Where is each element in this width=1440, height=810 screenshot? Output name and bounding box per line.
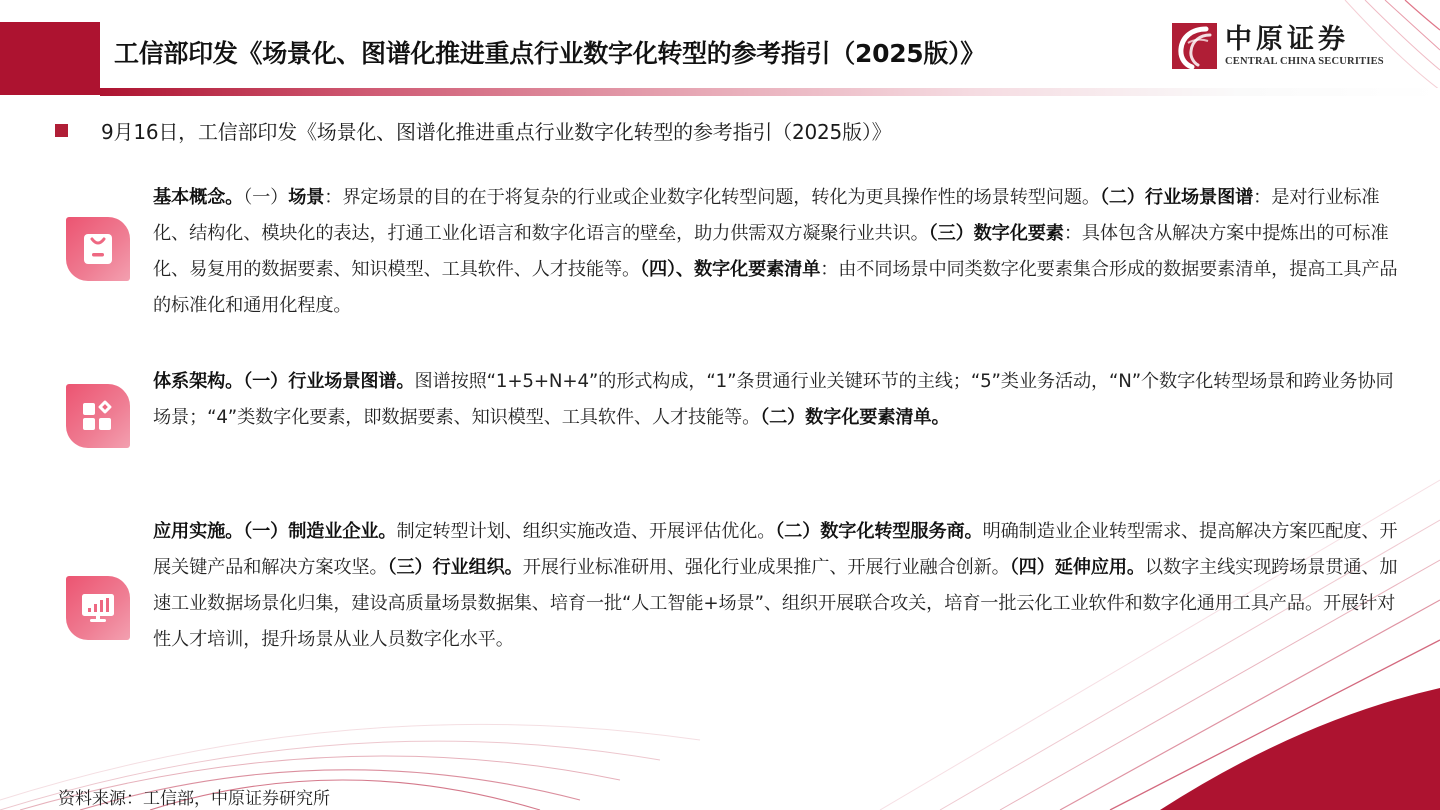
text-run: 开展行业标准研用、强化行业成果推广、开展行业融合创新。 — [523, 557, 1010, 578]
section-heading: 基本概念。 — [153, 187, 243, 208]
term-bold: 场景 — [288, 187, 324, 208]
section-application: 应用实施。（一）制造业企业。制定转型计划、组织实施改造、开展评估优化。（二）数字… — [153, 514, 1398, 658]
term-bold: （三）行业组织。 — [388, 557, 523, 578]
section-architecture: 体系架构。（一）行业场景图谱。图谱按照“1+5+N+4”的形式构成，“1”条贯通… — [153, 364, 1398, 436]
term-bold: （二）行业场景图谱 — [1100, 187, 1253, 208]
lead-text: 9月16日，工信部印发《场景化、图谱化推进重点行业数字化转型的参考指引（2025… — [101, 116, 891, 145]
section-heading: 应用实施。（一）制造业企业。 — [153, 521, 396, 542]
term-bold: （二）数字化要素清单。 — [760, 407, 949, 428]
logo-mark-icon — [1172, 23, 1217, 69]
title-divider — [100, 88, 1440, 96]
apps-grid-icon — [66, 384, 130, 448]
text-run: ：界定场景的目的在于将复杂的行业或企业数字化转型问题，转化为更具操作性的场景转型… — [324, 187, 1100, 208]
term-bold: （二）数字化转型服务商。 — [775, 521, 982, 542]
term-bold: （四）延伸应用。 — [1010, 557, 1145, 578]
monitor-chart-icon — [66, 576, 130, 640]
section-heading: 体系架构。（一）行业场景图谱。 — [153, 371, 414, 392]
logo-chinese-name: 中原证券 — [1225, 25, 1384, 55]
section-basic-concepts: 基本概念。（一）场景：界定场景的目的在于将复杂的行业或企业数字化转型问题，转化为… — [153, 180, 1398, 324]
term-bold: （三）数字化要素 — [929, 223, 1064, 244]
title-accent-block — [0, 22, 100, 95]
clipboard-icon — [66, 217, 130, 281]
text-run: 制定转型计划、组织实施改造、开展评估优化。 — [396, 521, 775, 542]
bullet-square-icon — [55, 124, 68, 137]
source-note: 资料来源：工信部，中原证券研究所 — [58, 784, 330, 809]
lead-bullet: 9月16日，工信部印发《场景化、图谱化推进重点行业数字化转型的参考指引（2025… — [55, 116, 891, 145]
company-logo: 中原证券 CENTRAL CHINA SECURITIES — [1172, 22, 1384, 70]
term-bold: （四）、数字化要素清单 — [640, 259, 820, 280]
page-title: 工信部印发《场景化、图谱化推进重点行业数字化转型的参考指引（2025版）》 — [114, 22, 985, 85]
text-run: （一） — [243, 187, 288, 208]
logo-english-name: CENTRAL CHINA SECURITIES — [1225, 55, 1384, 68]
